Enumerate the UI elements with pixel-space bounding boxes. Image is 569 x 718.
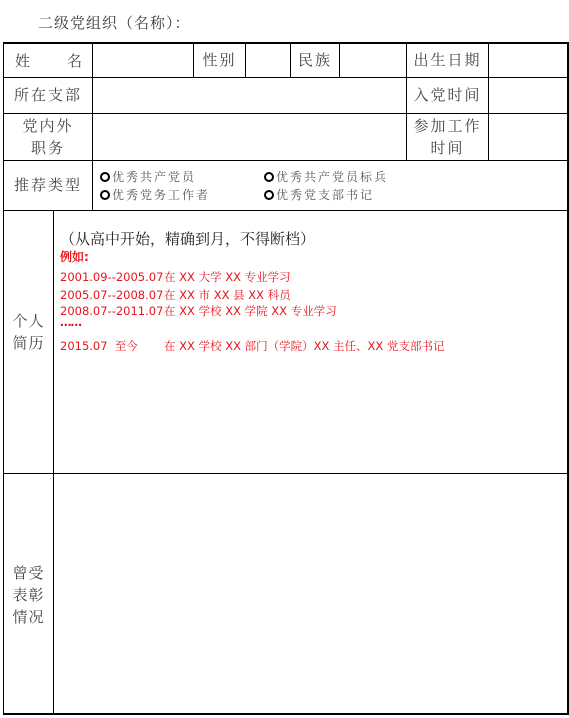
option-label: 优秀党务工作者 [112,186,210,203]
gender-label: 性别 [194,43,245,77]
example-text: 在 XX 学校 XX 部门（学院）XX 主任、XX 党支部书记 [164,339,444,353]
resume-label-line2: 简历 [4,332,53,354]
resume-example-label: 例如: [60,248,89,265]
ethnicity-label: 民族 [291,43,339,77]
birth-date-label: 出生日期 [407,43,488,77]
resume-label: 个人 简历 [4,310,53,354]
honors-label-line1: 曾受 [4,562,53,584]
bullet-ring-icon [264,172,274,182]
resume-label-line1: 个人 [4,310,53,332]
option-model-party-member[interactable]: 优秀共产党员标兵 [264,168,388,185]
resume-example-row: 2005.07--2008.07在 XX 市 XX 县 XX 科员 [60,287,291,303]
honors-label: 曾受 表彰 情况 [4,562,53,628]
work-start-field[interactable] [489,114,567,160]
option-excellent-party-worker[interactable]: 优秀党务工作者 [100,186,210,203]
honors-field[interactable] [54,474,567,713]
position-label: 党内外 职务 [4,115,92,159]
bullet-ring-icon [264,190,274,200]
name-label-char1: 姓 [15,50,30,71]
resume-example-row: 2008.07--2011.07在 XX 学校 XX 学院 XX 专业学习 [60,303,337,319]
option-excellent-party-member[interactable]: 优秀共产党员 [100,168,196,185]
work-start-label-line1: 参加工作 [407,115,488,137]
example-date: 2001.09--2005.07 [60,270,164,284]
example-text: 在 XX 学校 XX 学院 XX 专业学习 [164,304,337,318]
example-date: 2005.07--2008.07 [60,288,164,302]
birth-date-field[interactable] [489,43,567,77]
name-label: 姓 名 [3,42,92,77]
resume-hint: （从高中开始，精确到月，不得断档） [60,228,315,249]
name-field[interactable] [93,43,193,77]
join-party-date-field[interactable] [489,78,567,113]
work-start-label: 参加工作 时间 [407,115,488,159]
page-title: 二级党组织（名称）： [38,12,191,33]
work-start-label-line2: 时间 [407,137,488,159]
gender-field[interactable] [246,43,290,77]
recommend-type-label: 推荐类型 [4,161,92,210]
join-party-date-label: 入党时间 [407,78,488,113]
branch-field[interactable] [93,78,406,113]
position-label-line1: 党内外 [4,115,92,137]
option-label: 优秀共产党员 [112,168,196,185]
example-text: 在 XX 大学 XX 专业学习 [164,270,291,284]
name-label-char2: 名 [67,50,82,71]
ethnicity-field[interactable] [340,43,406,77]
example-date: 2015.07 至今 [60,338,164,354]
bullet-ring-icon [100,190,110,200]
resume-example-row: 2001.09--2005.07在 XX 大学 XX 专业学习 [60,269,291,285]
resume-field[interactable]: （从高中开始，精确到月，不得断档） 例如: 2001.09--2005.07在 … [54,211,567,473]
option-label: 优秀共产党员标兵 [276,168,388,185]
honors-label-line3: 情况 [4,606,53,628]
branch-label: 所在支部 [4,78,92,113]
honors-label-line2: 表彰 [4,584,53,606]
position-label-line2: 职务 [4,137,92,159]
option-label: 优秀党支部书记 [276,186,374,203]
position-field[interactable] [93,114,406,160]
example-text: 在 XX 市 XX 县 XX 科员 [164,288,291,302]
resume-ellipsis: …… [60,315,81,329]
bullet-ring-icon [100,172,110,182]
option-excellent-branch-secretary[interactable]: 优秀党支部书记 [264,186,374,203]
table-border-bottom [3,713,569,715]
resume-example-row: 2015.07 至今在 XX 学校 XX 部门（学院）XX 主任、XX 党支部书… [60,338,444,354]
